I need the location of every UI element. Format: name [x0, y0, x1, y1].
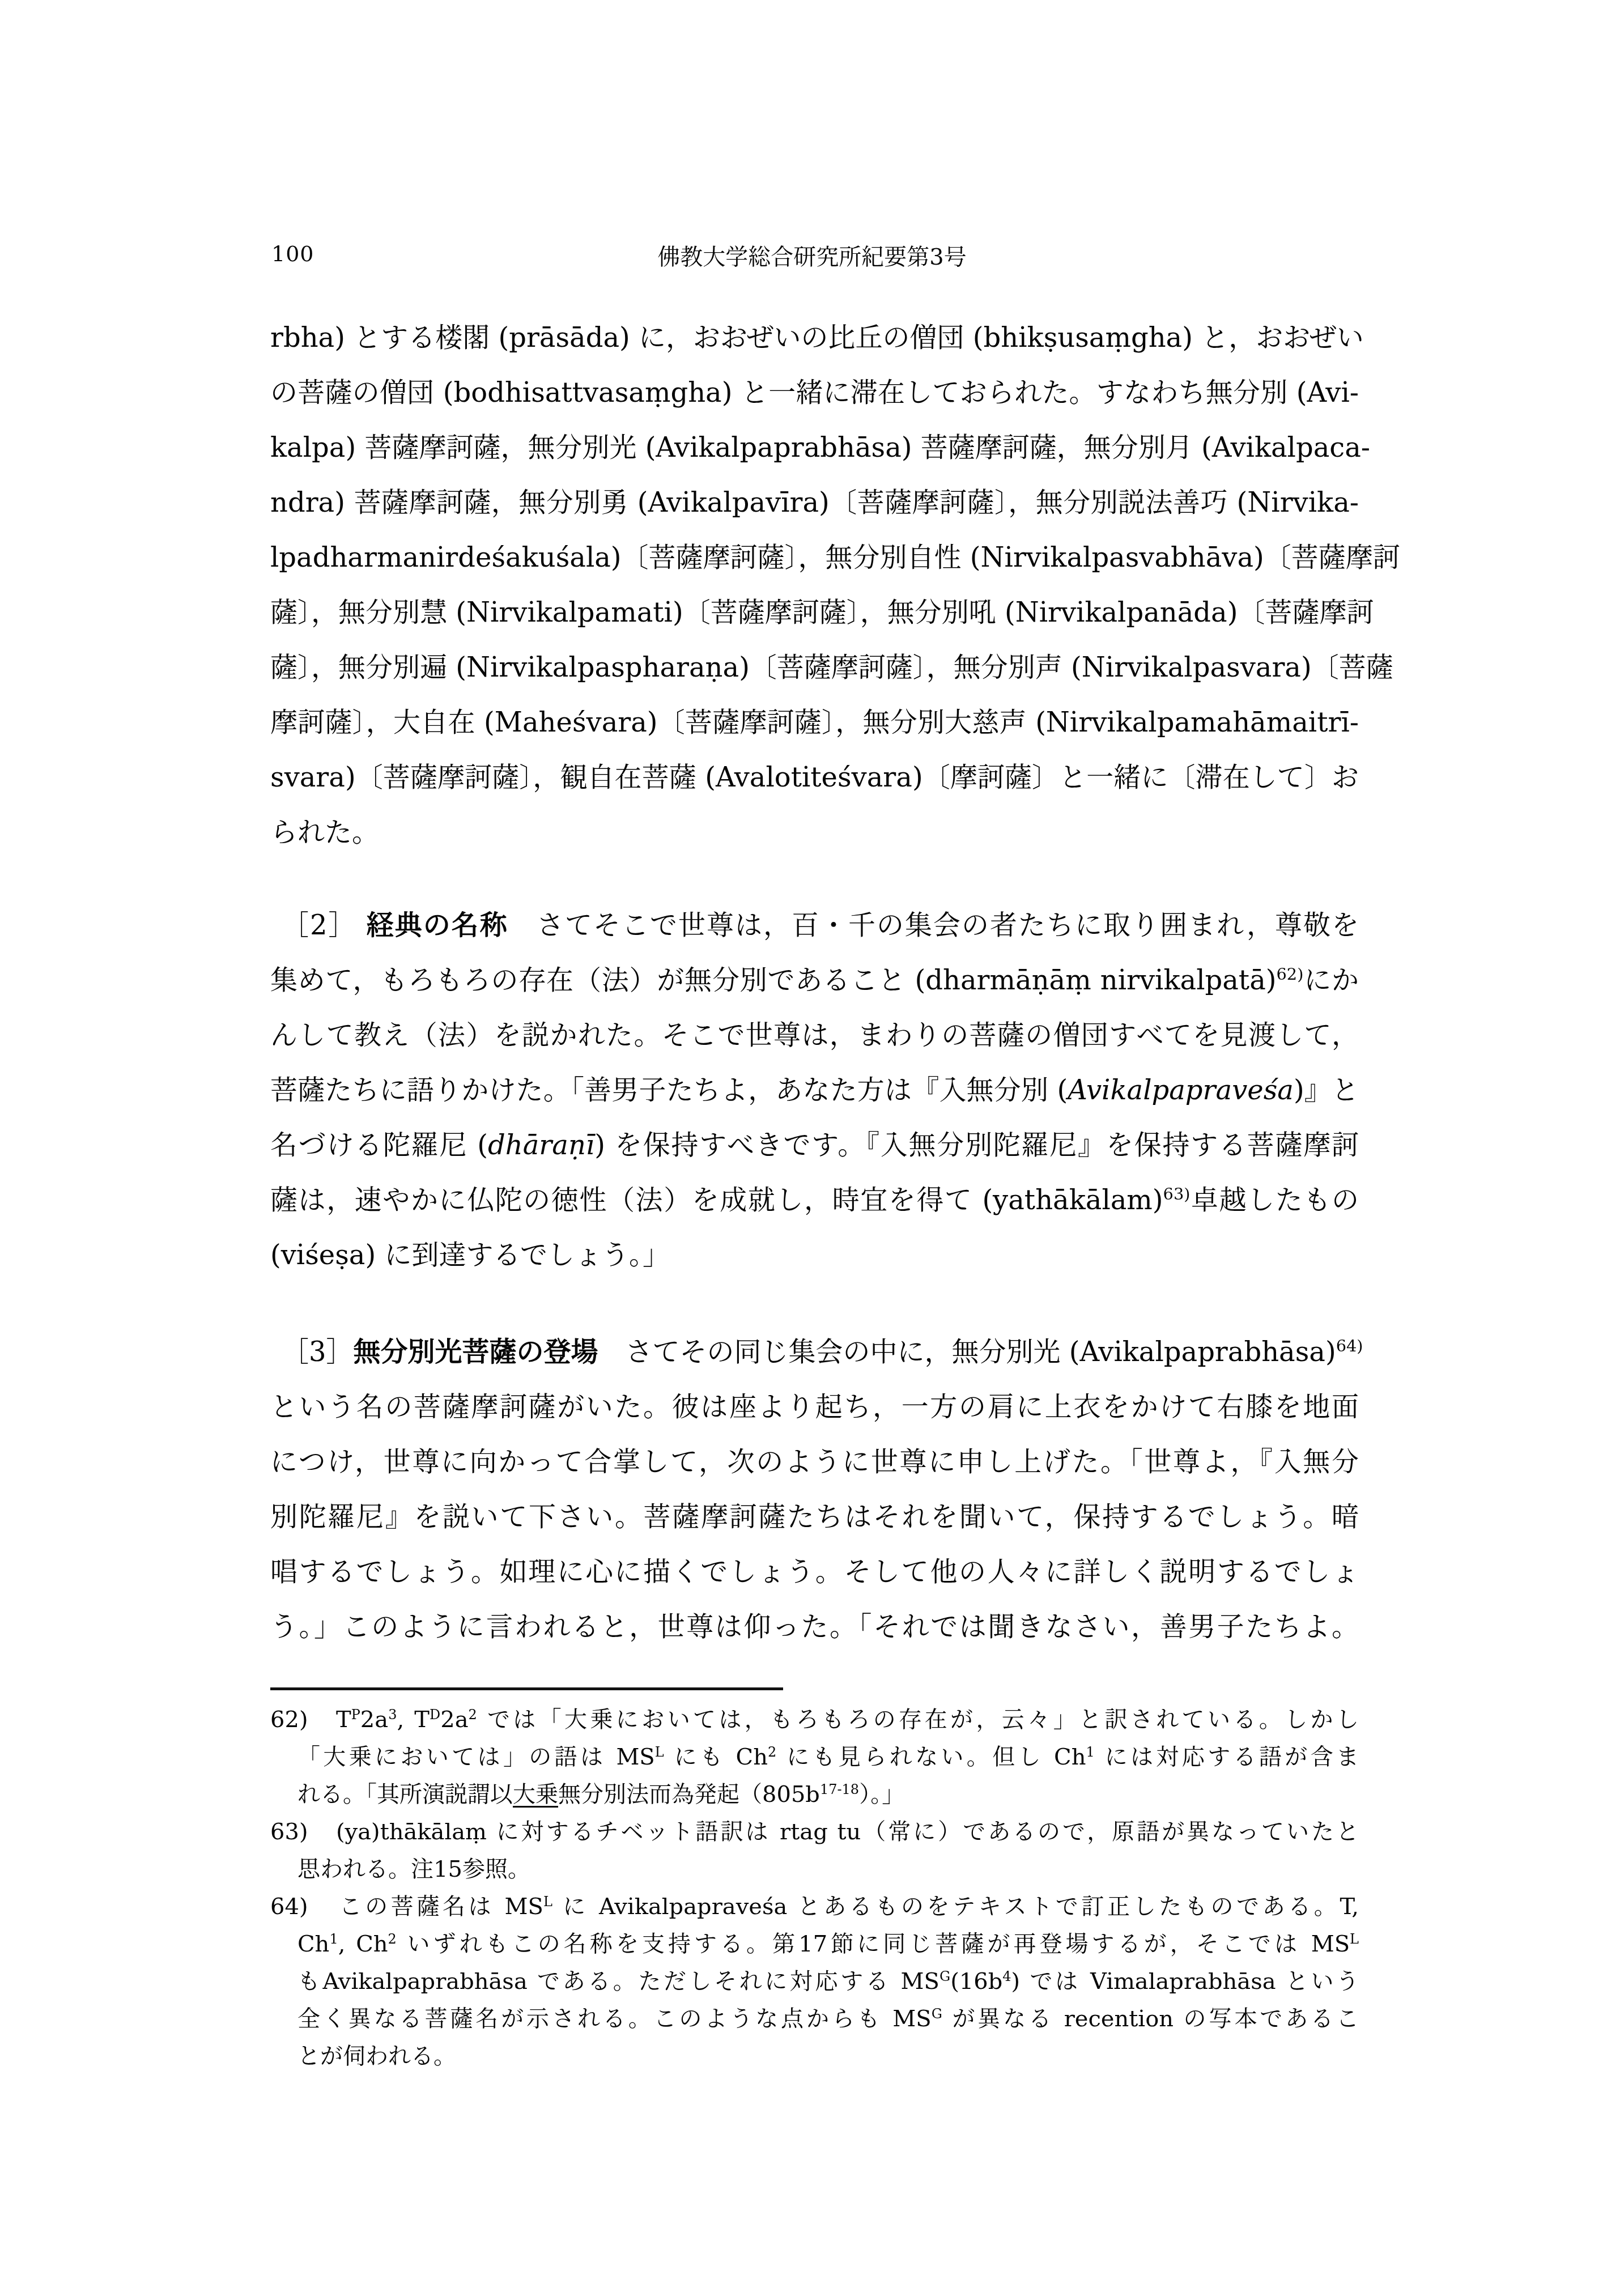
text-segment: 思われる。注15参照。 [297, 1856, 530, 1882]
text-segment: G [939, 1968, 950, 1984]
scanned-paper-page: 100 佛教大学総合研究所紀要第3号 rbha) とする楼閣 (prāsāda)… [0, 0, 1624, 2296]
footnote-line: 62)TP2a3, TD2a2 では「大乗においては，もろもろの存在が，云々」と… [270, 1701, 1359, 1738]
text-segment: 全く異なる菩薩名が示される。このような点からも MS [297, 2006, 932, 2032]
section-3-bodhisattva-appearance: ［3］無分別光菩薩の登場 さてその同じ集会の中に，無分別光 (Avikalpap… [270, 1325, 1359, 1655]
text-segment: 菩薩たちに語りかけた。「善男子たちよ，あなた方は『入無分別 ( [270, 1074, 1068, 1106]
footnote-line: 「大乗においては」の語は MSL にも Ch2 にも見られない。但し Ch1 に… [270, 1738, 1359, 1776]
text-segment: にか [1303, 964, 1359, 996]
text-segment: 64) [1336, 1336, 1363, 1355]
text-segment: 卓越したもの [1190, 1184, 1359, 1216]
text-segment: が異なる recention の写本であるこ [942, 2006, 1359, 2032]
text-segment: dhāraṇī [488, 1129, 594, 1161]
text-segment: 経典の名称 [367, 909, 508, 941]
text-segment: (ya)thākālaṃ に対するチベット語訳は rtag tu（常に）であるの… [336, 1819, 1359, 1845]
footnote-number: 63) [270, 1813, 336, 1851]
text-segment: 2a [360, 1707, 388, 1733]
text-segment: 2 [388, 1931, 397, 1947]
text-segment: 63) [1163, 1184, 1191, 1204]
text-line: lpadharmanirdeśakuśala)〔菩薩摩訶薩〕，無分別自性 (Ni… [270, 530, 1359, 585]
footnotes: 62)TP2a3, TD2a2 では「大乗においては，もろもろの存在が，云々」と… [270, 1701, 1359, 2075]
text-line: (viśeṣa) に到達するでしょう。」 [270, 1228, 1359, 1283]
text-segment: 4 [1002, 1968, 1011, 1984]
text-line: 名づける陀羅尼 (dhāraṇī) を保持すべきです。『入無分別陀羅尼』を保持す… [270, 1118, 1359, 1173]
journal-running-title: 佛教大学総合研究所紀要第3号 [0, 239, 1624, 271]
text-segment: さてそこで世尊は，百・千の集会の者たちに取り囲まれ，尊敬を [508, 909, 1359, 941]
text-segment: Ch [297, 1931, 329, 1957]
text-line: 薩〕，無分別慧 (Nirvikalpamati)〔菩薩摩訶薩〕，無分別吼 (Ni… [270, 585, 1359, 640]
text-segment: んして教え（法）を説かれた。そこで世尊は，まわりの菩薩の僧団すべてを見渡して， [270, 1019, 1359, 1051]
text-line: んして教え（法）を説かれた。そこで世尊は，まわりの菩薩の僧団すべてを見渡して， [270, 1008, 1359, 1063]
text-segment: ［3］ [282, 1336, 354, 1368]
text-segment: れる。「其所演説謂以 [297, 1781, 513, 1808]
text-segment: L [1350, 1931, 1359, 1947]
text-line: という名の菩薩摩訶薩がいた。彼は座より起ち，一方の肩に上衣をかけて右膝を地面 [270, 1380, 1359, 1435]
text-segment: 集めて，もろもろの存在（法）が無分別であること (dharmāṇāṃ nirvi… [270, 964, 1276, 996]
text-line: 薩〕，無分別遍 (Nirvikalpaspharaṇa)〔菩薩摩訶薩〕，無分別声… [270, 640, 1359, 695]
text-segment: さてその同じ集会の中に，無分別光 (Avikalpaprabhāsa) [598, 1336, 1336, 1368]
text-segment: いずれもこの名称を支持する。第17節に同じ菩薩が再登場するが，そこでは MS [397, 1931, 1350, 1957]
text-segment: もAvikalpaprabhāsa である。ただしそれに対応する MS [297, 1968, 939, 1995]
text-segment: P [351, 1707, 360, 1723]
text-segment: 3 [388, 1707, 397, 1723]
footnote-line: 63)(ya)thākālaṃ に対するチベット語訳は rtag tu（常に）で… [270, 1813, 1359, 1851]
text-segment: にも見られない。但し Ch [776, 1744, 1086, 1770]
text-segment: 大乗 [513, 1781, 558, 1808]
text-segment: G [932, 2006, 942, 2022]
text-segment: ) を保持すべきです。『入無分別陀羅尼』を保持する菩薩摩訶 [594, 1129, 1359, 1161]
text-segment: 唱するでしょう。如理に心に描くでしょう。そして他の人々に詳しく説明するでしょ [270, 1556, 1359, 1588]
text-segment: 1 [1086, 1744, 1094, 1760]
text-line: 唱するでしょう。如理に心に描くでしょう。そして他の人々に詳しく説明するでしょ [270, 1545, 1359, 1600]
text-segment: とが伺われる。 [297, 2043, 456, 2069]
text-segment: 2 [768, 1744, 776, 1760]
text-segment: kalpa) 菩薩摩訶薩，無分別光 (Avikalpaprabhāsa) 菩薩摩… [270, 432, 1370, 464]
text-segment: 2a [440, 1707, 468, 1733]
paragraph-leading: rbha) とする楼閣 (prāsāda) に，おおぜいの比丘の僧団 (bhik… [270, 311, 1359, 860]
text-segment: 薩〕，無分別遍 (Nirvikalpaspharaṇa)〔菩薩摩訶薩〕，無分別声… [270, 652, 1393, 683]
text-segment: の菩薩の僧団 (bodhisattvasaṃgha) と一緒に滞在しておられた。… [270, 377, 1359, 409]
text-line: う。」このように言われると，世尊は仰った。「それでは聞きなさい，善男子たちよ。 [270, 1600, 1359, 1655]
footnote-number: 62) [270, 1701, 336, 1738]
text-segment: 2 [468, 1707, 477, 1723]
section-2-sutra-name: ［2］ 経典の名称 さてそこで世尊は，百・千の集会の者たちに取り囲まれ，尊敬を集… [270, 898, 1359, 1283]
text-line: られた。 [270, 805, 1359, 860]
text-segment: にも Ch [664, 1744, 768, 1770]
footnote-separator-rule [270, 1687, 783, 1690]
text-segment: 摩訶薩〕，大自在 (Maheśvara)〔菩薩摩訶薩〕，無分別大慈声 (Nirv… [270, 707, 1359, 738]
text-segment: には対応する語が含ま [1095, 1744, 1359, 1770]
text-line: ndra) 菩薩摩訶薩，無分別勇 (Avikalpavīra)〔菩薩摩訶薩〕，無… [270, 475, 1359, 530]
text-segment: svara)〔菩薩摩訶薩〕，観自在菩薩 (Avalotiteśvara)〔摩訶薩… [270, 762, 1359, 793]
text-segment: ）。」 [859, 1781, 904, 1808]
text-segment: ndra) 菩薩摩訶薩，無分別勇 (Avikalpavīra)〔菩薩摩訶薩〕，無… [270, 487, 1359, 518]
text-segment: この菩薩名は MS [336, 1894, 543, 1920]
text-segment: 「大乗においては」の語は MS [297, 1744, 655, 1770]
text-line: の菩薩の僧団 (bodhisattvasaṃgha) と一緒に滞在しておられた。… [270, 365, 1359, 420]
text-line: kalpa) 菩薩摩訶薩，無分別光 (Avikalpaprabhāsa) 菩薩摩… [270, 420, 1359, 475]
text-segment: 62) [1276, 964, 1303, 984]
text-segment: (viśeṣa) に到達するでしょう。」 [270, 1239, 670, 1271]
text-segment: D [430, 1707, 440, 1723]
text-line: ［3］無分別光菩薩の登場 さてその同じ集会の中に，無分別光 (Avikalpap… [270, 1325, 1359, 1380]
text-line: につけ，世尊に向かって合掌して，次のように世尊に申し上げた。「世尊よ，『入無分 [270, 1435, 1359, 1490]
text-segment: 別陀羅尼』を説いて下さい。菩薩摩訶薩たちはそれを聞いて，保持するでしょう。暗 [270, 1501, 1359, 1533]
footnote-line: 思われる。注15参照。 [270, 1851, 1359, 1888]
text-segment: という名の菩薩摩訶薩がいた。彼は座より起ち，一方の肩に上衣をかけて右膝を地面 [270, 1391, 1359, 1423]
text-segment: ［2］ [282, 909, 367, 941]
text-line: ［2］ 経典の名称 さてそこで世尊は，百・千の集会の者たちに取り囲まれ，尊敬を [270, 898, 1359, 953]
text-line: 薩は，速やかに仏陀の徳性（法）を成就し，時宜を得て (yathākālam)63… [270, 1173, 1359, 1228]
footnote-line: とが伺われる。 [270, 2038, 1359, 2075]
text-segment: (16b [950, 1968, 1002, 1995]
text-segment: では「大乗においては，もろもろの存在が，云々」と訳されている。しかし [477, 1707, 1359, 1733]
text-segment: られた。 [270, 817, 379, 848]
text-segment: 名づける陀羅尼 ( [270, 1129, 488, 1161]
text-line: 摩訶薩〕，大自在 (Maheśvara)〔菩薩摩訶薩〕，無分別大慈声 (Nirv… [270, 695, 1359, 750]
footnote-line: 64)この菩薩名は MSL に Avikalpapraveśa とあるものをテキ… [270, 1888, 1359, 1925]
text-segment: Avikalpapraveśa [1068, 1074, 1294, 1106]
text-segment: う。」このように言われると，世尊は仰った。「それでは聞きなさい，善男子たちよ。 [270, 1611, 1359, 1643]
text-segment: 無分別法而為発起（805b [558, 1781, 820, 1808]
text-line: svara)〔菩薩摩訶薩〕，観自在菩薩 (Avalotiteśvara)〔摩訶薩… [270, 750, 1359, 805]
text-line: 別陀羅尼』を説いて下さい。菩薩摩訶薩たちはそれを聞いて，保持するでしょう。暗 [270, 1490, 1359, 1545]
text-segment: )』と [1294, 1074, 1359, 1106]
text-line: rbha) とする楼閣 (prāsāda) に，おおぜいの比丘の僧団 (bhik… [270, 311, 1359, 365]
footnote-line: 全く異なる菩薩名が示される。このような点からも MSG が異なる recenti… [270, 2000, 1359, 2038]
footnote-line: Ch1, Ch2 いずれもこの名称を支持する。第17節に同じ菩薩が再登場するが，… [270, 1925, 1359, 1963]
text-segment: ) では Vimalaprabhāsa という [1011, 1968, 1359, 1995]
text-segment: につけ，世尊に向かって合掌して，次のように世尊に申し上げた。「世尊よ，『入無分 [270, 1446, 1359, 1478]
text-line: 集めて，もろもろの存在（法）が無分別であること (dharmāṇāṃ nirvi… [270, 953, 1359, 1008]
footnote-number: 64) [270, 1888, 336, 1925]
text-segment: 薩〕，無分別慧 (Nirvikalpamati)〔菩薩摩訶薩〕，無分別吼 (Ni… [270, 597, 1374, 628]
footnote-line: れる。「其所演説謂以大乗無分別法而為発起（805b17-18）。」 [270, 1776, 1359, 1813]
text-segment: , Ch [338, 1931, 388, 1957]
text-segment: , T [397, 1707, 430, 1733]
text-segment: に Avikalpapraveśa とあるものをテキストで訂正したものである。T… [552, 1894, 1359, 1920]
text-segment: 無分別光菩薩の登場 [354, 1336, 598, 1368]
text-segment: 薩は，速やかに仏陀の徳性（法）を成就し，時宜を得て (yathākālam) [270, 1184, 1163, 1216]
text-segment: rbha) とする楼閣 (prāsāda) に，おおぜいの比丘の僧団 (bhik… [270, 322, 1364, 354]
text-segment: T [336, 1707, 351, 1733]
text-segment: 17-18 [820, 1781, 859, 1797]
text-segment: L [655, 1744, 664, 1760]
text-segment: 1 [329, 1931, 338, 1947]
footnote-line: もAvikalpaprabhāsa である。ただしそれに対応する MSG(16b… [270, 1963, 1359, 2000]
text-line: 菩薩たちに語りかけた。「善男子たちよ，あなた方は『入無分別 (Avikalpap… [270, 1063, 1359, 1118]
text-segment: L [543, 1894, 552, 1910]
text-segment: lpadharmanirdeśakuśala)〔菩薩摩訶薩〕，無分別自性 (Ni… [270, 542, 1400, 573]
